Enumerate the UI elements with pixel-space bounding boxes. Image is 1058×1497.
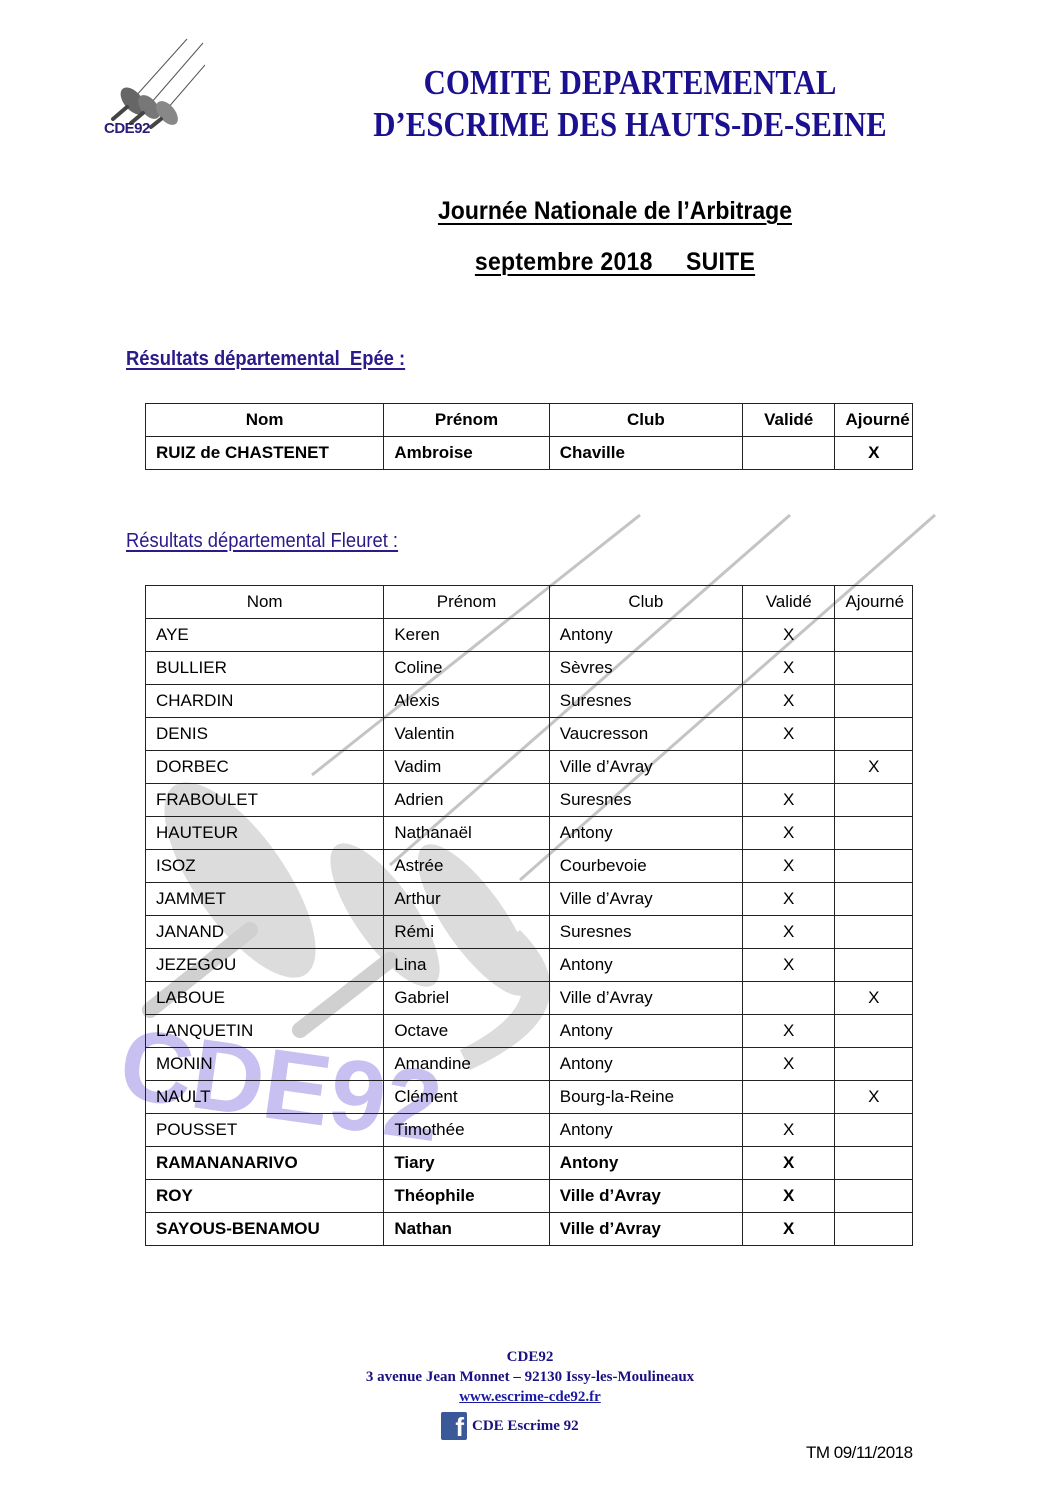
table-row: DENISValentinVaucressonX — [146, 718, 913, 751]
cell-ajourne — [835, 1213, 913, 1246]
cell-prenom: Octave — [384, 1015, 549, 1048]
cell-prenom: Gabriel — [384, 982, 549, 1015]
cell-valide: X — [742, 949, 835, 982]
cell-ajourne — [835, 1147, 913, 1180]
cell-club: Suresnes — [549, 784, 742, 817]
cell-prenom: Coline — [384, 652, 549, 685]
cell-valide: X — [742, 1180, 835, 1213]
column-header-nom: Nom — [146, 586, 384, 619]
cell-nom: RAMANANARIVO — [146, 1147, 384, 1180]
cell-nom: JANAND — [146, 916, 384, 949]
document-title: Journée Nationale de l’Arbitrage — [362, 197, 868, 226]
table-row: ISOZAstréeCourbevoieX — [146, 850, 913, 883]
table-row: HAUTEURNathanaëlAntonyX — [146, 817, 913, 850]
cell-ajourne: X — [835, 1081, 913, 1114]
logo-text: CDE92 — [104, 120, 150, 137]
org-title-line1: COMITE DEPARTEMENTAL — [331, 63, 929, 103]
cell-prenom: Nathanaël — [384, 817, 549, 850]
cell-prenom: Amandine — [384, 1048, 549, 1081]
cell-ajourne — [835, 1180, 913, 1213]
cell-valide: X — [742, 784, 835, 817]
cell-prenom: Adrien — [384, 784, 549, 817]
cell-club: Antony — [549, 1015, 742, 1048]
cell-nom: CHARDIN — [146, 685, 384, 718]
table-row: LABOUEGabrielVille d’AvrayX — [146, 982, 913, 1015]
cell-valide: X — [742, 1114, 835, 1147]
cell-nom: LABOUE — [146, 982, 384, 1015]
table-row: RUIZ de CHASTENETAmbroiseChavilleX — [146, 437, 913, 470]
column-header-valide: Validé — [742, 404, 835, 437]
cell-prenom: Arthur — [384, 883, 549, 916]
column-header-prenom: Prénom — [384, 586, 549, 619]
table-row: LANQUETINOctaveAntonyX — [146, 1015, 913, 1048]
cell-club: Antony — [549, 1147, 742, 1180]
table-row: JANANDRémiSuresnesX — [146, 916, 913, 949]
cell-valide — [742, 1081, 835, 1114]
footer-org: CDE92 — [230, 1349, 830, 1366]
cell-club: Ville d’Avray — [549, 751, 742, 784]
cell-ajourne: X — [835, 437, 913, 470]
footer-address: 3 avenue Jean Monnet – 92130 Issy-les-Mo… — [230, 1369, 830, 1386]
column-header-ajourne: Ajourné — [835, 404, 913, 437]
cell-prenom: Tiary — [384, 1147, 549, 1180]
cell-prenom: Valentin — [384, 718, 549, 751]
cell-club: Antony — [549, 817, 742, 850]
table-row: DORBECVadimVille d’AvrayX — [146, 751, 913, 784]
cell-prenom: Keren — [384, 619, 549, 652]
cell-club: Suresnes — [549, 685, 742, 718]
cell-ajourne — [835, 916, 913, 949]
cell-nom: AYE — [146, 619, 384, 652]
fleuret-results-table: Nom Prénom Club Validé Ajourné AYEKerenA… — [145, 585, 913, 1246]
cell-ajourne — [835, 1114, 913, 1147]
column-header-ajourne: Ajourné — [835, 586, 913, 619]
footer-social-link[interactable]: f CDE Escrime 92 — [441, 1411, 579, 1441]
cell-valide: X — [742, 718, 835, 751]
cell-club: Suresnes — [549, 916, 742, 949]
table-row: BULLIERColineSèvresX — [146, 652, 913, 685]
cell-valide: X — [742, 883, 835, 916]
section-title-fleuret: Résultats départemental Fleuret : — [126, 530, 398, 553]
cell-club: Antony — [549, 619, 742, 652]
cell-nom: HAUTEUR — [146, 817, 384, 850]
cell-valide: X — [742, 1147, 835, 1180]
table-row: JAMMETArthurVille d’AvrayX — [146, 883, 913, 916]
cell-club: Ville d’Avray — [549, 1213, 742, 1246]
cell-nom: ISOZ — [146, 850, 384, 883]
document-subtitle: septembre 2018 SUITE — [362, 248, 868, 277]
cell-valide: X — [742, 685, 835, 718]
org-title-line2: D’ESCRIME DES HAUTS-DE-SEINE — [331, 105, 929, 145]
cell-nom: DENIS — [146, 718, 384, 751]
column-header-club: Club — [549, 586, 742, 619]
column-header-prenom: Prénom — [384, 404, 549, 437]
cell-ajourne — [835, 817, 913, 850]
table-row: FRABOULETAdrienSuresnesX — [146, 784, 913, 817]
cell-ajourne — [835, 883, 913, 916]
cell-prenom: Astrée — [384, 850, 549, 883]
section-title-epee: Résultats départemental Epée : — [126, 348, 405, 371]
cell-valide: X — [742, 652, 835, 685]
cell-club: Ville d’Avray — [549, 883, 742, 916]
cell-club: Sèvres — [549, 652, 742, 685]
cell-ajourne — [835, 850, 913, 883]
cell-prenom: Lina — [384, 949, 549, 982]
table-header-row: Nom Prénom Club Validé Ajourné — [146, 404, 913, 437]
cell-nom: SAYOUS-BENAMOU — [146, 1213, 384, 1246]
cell-nom: JAMMET — [146, 883, 384, 916]
table-row: CHARDINAlexisSuresnesX — [146, 685, 913, 718]
column-header-club: Club — [549, 404, 742, 437]
cell-prenom: Alexis — [384, 685, 549, 718]
table-row: ROYThéophileVille d’AvrayX — [146, 1180, 913, 1213]
cell-valide: X — [742, 619, 835, 652]
cell-prenom: Ambroise — [384, 437, 549, 470]
cell-ajourne: X — [835, 982, 913, 1015]
cell-nom: MONIN — [146, 1048, 384, 1081]
table-row: JEZEGOULinaAntonyX — [146, 949, 913, 982]
cell-prenom: Rémi — [384, 916, 549, 949]
cell-club: Ville d’Avray — [549, 982, 742, 1015]
cell-club: Antony — [549, 1114, 742, 1147]
cell-valide: X — [742, 817, 835, 850]
cell-ajourne — [835, 685, 913, 718]
cell-nom: RUIZ de CHASTENET — [146, 437, 384, 470]
cell-nom: POUSSET — [146, 1114, 384, 1147]
cell-club: Bourg-la-Reine — [549, 1081, 742, 1114]
cell-prenom: Clément — [384, 1081, 549, 1114]
cell-nom: LANQUETIN — [146, 1015, 384, 1048]
table-row: MONINAmandineAntonyX — [146, 1048, 913, 1081]
cell-club: Antony — [549, 949, 742, 982]
facebook-icon[interactable]: f — [441, 1412, 467, 1440]
cell-ajourne — [835, 784, 913, 817]
cell-nom: FRABOULET — [146, 784, 384, 817]
cell-club: Ville d’Avray — [549, 1180, 742, 1213]
document-stamp: TM 09/11/2018 — [806, 1443, 913, 1463]
column-header-nom: Nom — [146, 404, 384, 437]
table-row: POUSSETTimothéeAntonyX — [146, 1114, 913, 1147]
cell-club: Chaville — [549, 437, 742, 470]
cell-prenom: Nathan — [384, 1213, 549, 1246]
column-header-valide: Validé — [742, 586, 835, 619]
cell-ajourne — [835, 619, 913, 652]
cell-nom: BULLIER — [146, 652, 384, 685]
table-row: SAYOUS-BENAMOUNathanVille d’AvrayX — [146, 1213, 913, 1246]
table-row: RAMANANARIVOTiaryAntonyX — [146, 1147, 913, 1180]
cell-ajourne — [835, 949, 913, 982]
cell-valide — [742, 751, 835, 784]
cell-valide — [742, 437, 835, 470]
cell-ajourne: X — [835, 751, 913, 784]
facebook-label: CDE Escrime 92 — [472, 1418, 579, 1435]
table-row: AYEKerenAntonyX — [146, 619, 913, 652]
cell-club: Antony — [549, 1048, 742, 1081]
cell-nom: DORBEC — [146, 751, 384, 784]
cell-ajourne — [835, 1048, 913, 1081]
cell-prenom: Timothée — [384, 1114, 549, 1147]
cell-prenom: Vadim — [384, 751, 549, 784]
table-header-row: Nom Prénom Club Validé Ajourné — [146, 586, 913, 619]
cell-valide: X — [742, 1213, 835, 1246]
cell-club: Courbevoie — [549, 850, 742, 883]
cell-ajourne — [835, 652, 913, 685]
cell-valide: X — [742, 916, 835, 949]
cell-valide — [742, 982, 835, 1015]
cell-ajourne — [835, 1015, 913, 1048]
table-row: NAULTClémentBourg-la-ReineX — [146, 1081, 913, 1114]
cell-nom: NAULT — [146, 1081, 384, 1114]
cell-valide: X — [742, 850, 835, 883]
cell-prenom: Théophile — [384, 1180, 549, 1213]
cell-valide: X — [742, 1015, 835, 1048]
cell-valide: X — [742, 1048, 835, 1081]
cell-ajourne — [835, 718, 913, 751]
epee-results-table: Nom Prénom Club Validé Ajourné RUIZ de C… — [145, 403, 913, 470]
cell-nom: JEZEGOU — [146, 949, 384, 982]
cell-club: Vaucresson — [549, 718, 742, 751]
cell-nom: ROY — [146, 1180, 384, 1213]
footer-website-link[interactable]: www.escrime-cde92.fr — [230, 1389, 830, 1406]
